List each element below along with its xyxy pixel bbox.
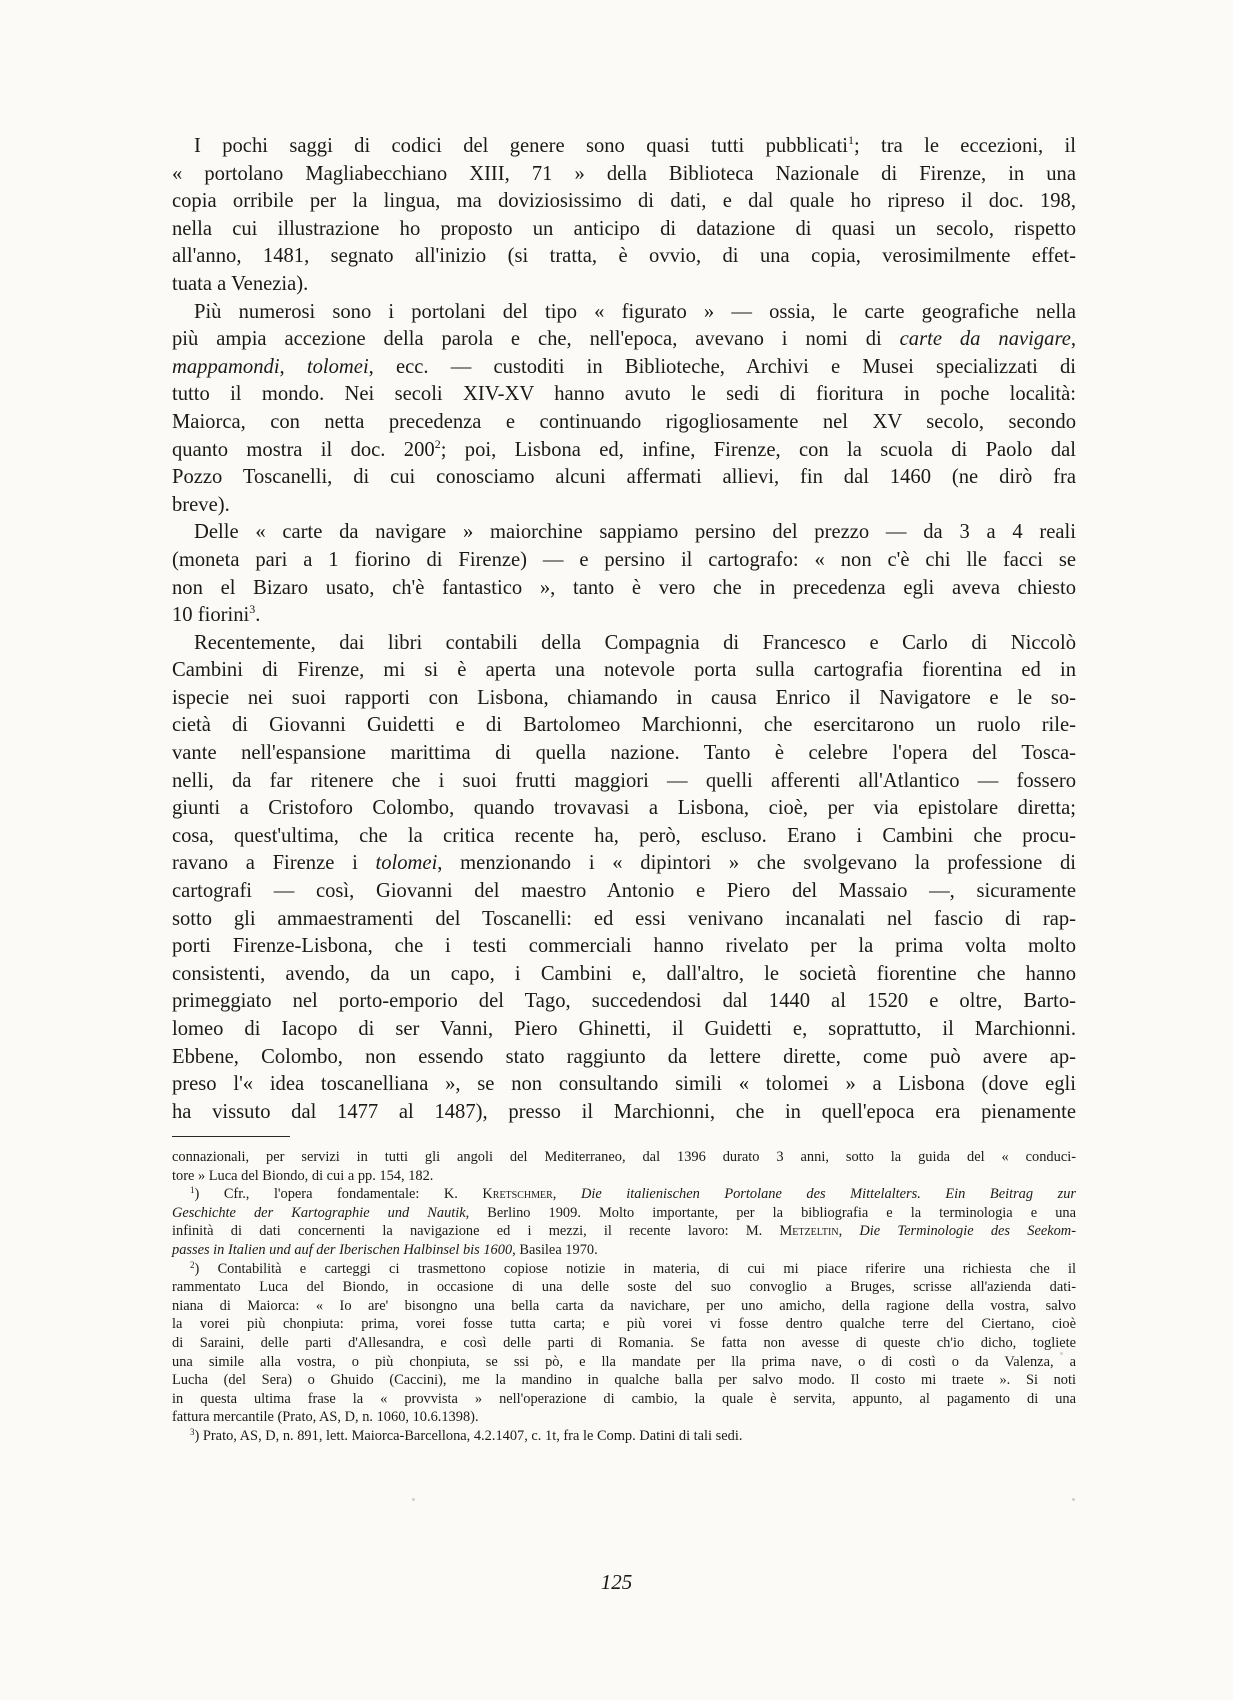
- body-line: più ampia accezione della parola e che, …: [172, 326, 1076, 354]
- body-line: porti Firenze-Lisbona, che i testi comme…: [172, 933, 1076, 961]
- body-line: « portolano Magliabecchiano XIII, 71 » d…: [172, 161, 1076, 189]
- body-line: Pozzo Toscanelli, di cui conosciamo alcu…: [172, 464, 1076, 492]
- text-run: ; tra le eccezioni, il: [854, 135, 1076, 157]
- body-line: cartografi — così, Giovanni del maestro …: [172, 878, 1076, 906]
- text-run: Cambini di Firenze, mi si è aperta una n…: [172, 659, 1076, 681]
- text-run: Maiorca, con netta precedenza e continua…: [172, 411, 1076, 433]
- italic-text: carte da navigare: [900, 328, 1071, 350]
- italic-text: tolomei: [307, 356, 369, 378]
- footnote-line: infinità di dati concernenti la navigazi…: [172, 1222, 1076, 1241]
- text-run: preso l'« idea toscanelliana », se non c…: [172, 1073, 1076, 1095]
- body-line: Cambini di Firenze, mi si è aperta una n…: [172, 657, 1076, 685]
- text-run: una simile alla vostra, o più chonpiuta,…: [172, 1354, 1076, 1370]
- text-run: Recentemente, dai libri contabili della …: [194, 632, 1076, 654]
- footnote-line: in questa ultima frase la « provvista » …: [172, 1390, 1076, 1409]
- body-line: ravano a Firenze i tolomei, menzionando …: [172, 850, 1076, 878]
- italic-text: Geschichte der Kartographie und Nautik: [172, 1205, 466, 1221]
- italic-text: mappamondi: [172, 356, 280, 378]
- text-run: lomeo di Iacopo di ser Vanni, Piero Ghin…: [172, 1018, 1076, 1040]
- text-run: tore » Luca del Biondo, di cui a pp. 154…: [172, 1168, 433, 1184]
- italic-text: tolomei: [376, 852, 438, 874]
- text-run: fattura mercantile (Prato, AS, D, n. 106…: [172, 1409, 479, 1425]
- body-line: quanto mostra il doc. 2002; poi, Lisbona…: [172, 437, 1076, 465]
- body-line: nella cui illustrazione ho proposto un a…: [172, 216, 1076, 244]
- body-line: all'anno, 1481, segnato all'inizio (si t…: [172, 243, 1076, 271]
- text-run: infinità di dati concernenti la navigazi…: [172, 1223, 779, 1239]
- text-run: ,: [839, 1223, 860, 1239]
- text-run: cietà di Giovanni Guidetti e di Bartolom…: [172, 714, 1076, 736]
- text-run: ) Cfr., l'opera fondamentale: K.: [195, 1186, 483, 1202]
- body-line: lomeo di Iacopo di ser Vanni, Piero Ghin…: [172, 1016, 1076, 1044]
- text-run: consistenti, avendo, da un capo, i Cambi…: [172, 963, 1076, 985]
- text-run: giunti a Cristoforo Colombo, quando trov…: [172, 797, 1076, 819]
- text-run: più ampia accezione della parola e che, …: [172, 328, 900, 350]
- text-run: primeggiato nel porto-emporio del Tago, …: [172, 990, 1076, 1012]
- text-run: di Saraini, delle parti d'Allesandra, e …: [172, 1335, 1076, 1351]
- body-line: copia orribile per la lingua, ma dovizio…: [172, 188, 1076, 216]
- body-line: tuata a Venezia).: [172, 271, 1076, 299]
- text-run: connazionali, per servizi in tutti gli a…: [172, 1149, 1076, 1165]
- body-line: vante nell'espansione marittima di quell…: [172, 740, 1076, 768]
- body-line: I pochi saggi di codici del genere sono …: [172, 133, 1076, 161]
- text-run: ravano a Firenze i: [172, 852, 376, 874]
- body-line: sotto gli ammaestramenti del Toscanelli:…: [172, 906, 1076, 934]
- text-run: non el Bizaro usato, ch'è fantastico », …: [172, 577, 1076, 599]
- italic-text: Die italienischen Portolane des Mittelal…: [581, 1186, 1076, 1202]
- footnote-line: rammentato Luca del Biondo, in occasione…: [172, 1278, 1076, 1297]
- footnote-line: 2) Contabilità e carteggi ci trasmettono…: [172, 1260, 1076, 1279]
- body-line: Ebbene, Colombo, non essendo stato raggi…: [172, 1044, 1076, 1072]
- footnote-line: una simile alla vostra, o più chonpiuta,…: [172, 1353, 1076, 1372]
- body-line: 10 fiorini3.: [172, 602, 1076, 630]
- footnote-line: fattura mercantile (Prato, AS, D, n. 106…: [172, 1408, 1076, 1427]
- body-line: nelli, da far ritenere che i suoi frutti…: [172, 768, 1076, 796]
- document-page: I pochi saggi di codici del genere sono …: [0, 0, 1233, 1700]
- text-run: vante nell'espansione marittima di quell…: [172, 742, 1076, 764]
- text-run: ,: [1071, 328, 1076, 350]
- text-run: ) Prato, AS, D, n. 891, lett. Maiorca-Ba…: [195, 1428, 743, 1444]
- text-run: tuata a Venezia).: [172, 273, 308, 295]
- text-run: all'anno, 1481, segnato all'inizio (si t…: [172, 245, 1076, 267]
- text-run: , menzionando i « dipintori » che svolge…: [437, 852, 1076, 874]
- body-line: ispecie nei suoi rapporti con Lisbona, c…: [172, 685, 1076, 713]
- page-number: 125: [0, 1570, 1233, 1595]
- text-run: I pochi saggi di codici del genere sono …: [194, 135, 848, 157]
- footnote-line: connazionali, per servizi in tutti gli a…: [172, 1148, 1076, 1167]
- text-run: ha vissuto dal 1477 al 1487), presso il …: [172, 1101, 1076, 1123]
- paper-speck: [412, 1498, 415, 1501]
- text-run: Più numerosi sono i portolani del tipo «…: [194, 301, 1076, 323]
- body-line: preso l'« idea toscanelliana », se non c…: [172, 1071, 1076, 1099]
- body-line: Delle « carte da navigare » maiorchine s…: [172, 519, 1076, 547]
- text-run: Ebbene, Colombo, non essendo stato raggi…: [172, 1046, 1076, 1068]
- footnote-line: Lucha (del Sera) o Ghuido (Caccini), me …: [172, 1371, 1076, 1390]
- footnote-line: tore » Luca del Biondo, di cui a pp. 154…: [172, 1167, 1076, 1186]
- body-line: (moneta pari a 1 fiorino di Firenze) — e…: [172, 547, 1076, 575]
- paper-speck: [1060, 1352, 1063, 1355]
- italic-text: passes in Italien und auf der Iberischen…: [172, 1242, 512, 1258]
- text-run: ) Contabilità e carteggi ci trasmettono …: [195, 1261, 1077, 1277]
- text-run: Pozzo Toscanelli, di cui conosciamo alcu…: [172, 466, 1076, 488]
- text-run: nella cui illustrazione ho proposto un a…: [172, 218, 1076, 240]
- footnote-line: niana di Maiorca: « Io are' bisongno una…: [172, 1297, 1076, 1316]
- body-line: Recentemente, dai libri contabili della …: [172, 630, 1076, 658]
- footnote-line: Geschichte der Kartographie und Nautik, …: [172, 1204, 1076, 1223]
- text-run: , ecc. — custoditi in Biblioteche, Archi…: [369, 356, 1076, 378]
- text-run: niana di Maiorca: « Io are' bisongno una…: [172, 1298, 1076, 1314]
- text-run: ,: [553, 1186, 581, 1202]
- text-run: nelli, da far ritenere che i suoi frutti…: [172, 770, 1076, 792]
- text-run: ispecie nei suoi rapporti con Lisbona, c…: [172, 687, 1076, 709]
- text-run: (moneta pari a 1 fiorino di Firenze) — e…: [172, 549, 1076, 571]
- body-line: tutto il mondo. Nei secoli XIV-XV hanno …: [172, 381, 1076, 409]
- text-run: « portolano Magliabecchiano XIII, 71 » d…: [172, 163, 1076, 185]
- body-line: cosa, quest'ultima, che la critica recen…: [172, 823, 1076, 851]
- text-run: .: [255, 604, 260, 626]
- footnote-line: 3) Prato, AS, D, n. 891, lett. Maiorca-B…: [172, 1427, 1076, 1446]
- text-run: cartografi — così, Giovanni del maestro …: [172, 880, 1076, 902]
- text-run: rammentato Luca del Biondo, in occasione…: [172, 1279, 1076, 1295]
- italic-text: Die Terminologie des Seekom-: [859, 1223, 1076, 1239]
- text-run: porti Firenze-Lisbona, che i testi comme…: [172, 935, 1076, 957]
- text-run: , Berlino 1909. Molto importante, per la…: [466, 1205, 1076, 1221]
- text-run: Lucha (del Sera) o Ghuido (Caccini), me …: [172, 1372, 1076, 1388]
- text-run: 10 fiorini: [172, 604, 249, 626]
- text-run: cosa, quest'ultima, che la critica recen…: [172, 825, 1076, 847]
- footnote-separator: [172, 1136, 290, 1137]
- body-line: Maiorca, con netta precedenza e continua…: [172, 409, 1076, 437]
- body-line: cietà di Giovanni Guidetti e di Bartolom…: [172, 712, 1076, 740]
- text-run: ; poi, Lisbona ed, infine, Firenze, con …: [441, 439, 1076, 461]
- body-line: Più numerosi sono i portolani del tipo «…: [172, 299, 1076, 327]
- text-run: quanto mostra il doc. 200: [172, 439, 435, 461]
- author-name: Kretschmer: [482, 1186, 552, 1202]
- footnote-line: 1) Cfr., l'opera fondamentale: K. Kretsc…: [172, 1185, 1076, 1204]
- text-run: in questa ultima frase la « provvista » …: [172, 1391, 1076, 1407]
- body-line: giunti a Cristoforo Colombo, quando trov…: [172, 795, 1076, 823]
- footnote-line: passes in Italien und auf der Iberischen…: [172, 1241, 1076, 1260]
- text-run: tutto il mondo. Nei secoli XIV-XV hanno …: [172, 383, 1076, 405]
- text-run: la vorei più chonpiuta: prima, vorei fos…: [172, 1316, 1076, 1332]
- body-line: ha vissuto dal 1477 al 1487), presso il …: [172, 1099, 1076, 1127]
- body-line: primeggiato nel porto-emporio del Tago, …: [172, 988, 1076, 1016]
- text-run: copia orribile per la lingua, ma dovizio…: [172, 190, 1076, 212]
- footnote-line: di Saraini, delle parti d'Allesandra, e …: [172, 1334, 1076, 1353]
- footnote-line: la vorei più chonpiuta: prima, vorei fos…: [172, 1315, 1076, 1334]
- body-line: consistenti, avendo, da un capo, i Cambi…: [172, 961, 1076, 989]
- paper-speck: [1072, 1498, 1075, 1501]
- text-run: Delle « carte da navigare » maiorchine s…: [194, 521, 1076, 543]
- footnotes: connazionali, per servizi in tutti gli a…: [172, 1148, 1076, 1446]
- author-name: Metzeltin: [779, 1223, 838, 1239]
- text-run: , Basilea 1970.: [512, 1242, 598, 1258]
- body-text: I pochi saggi di codici del genere sono …: [172, 133, 1076, 1126]
- text-run: ,: [280, 356, 307, 378]
- body-line: non el Bizaro usato, ch'è fantastico », …: [172, 575, 1076, 603]
- text-run: sotto gli ammaestramenti del Toscanelli:…: [172, 908, 1076, 930]
- body-line: breve).: [172, 492, 1076, 520]
- text-run: breve).: [172, 494, 230, 516]
- body-line: mappamondi, tolomei, ecc. — custoditi in…: [172, 354, 1076, 382]
